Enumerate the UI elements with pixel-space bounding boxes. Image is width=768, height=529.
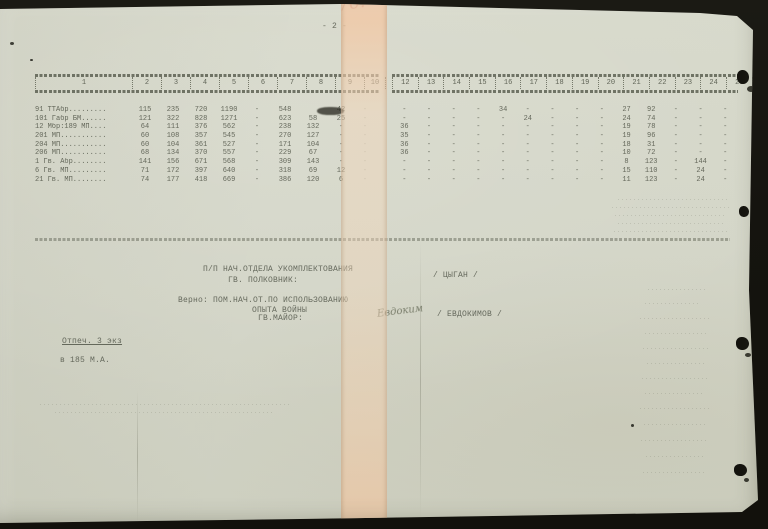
table-cell: - — [664, 115, 689, 124]
table-cell: 141 — [131, 158, 159, 167]
table-cell: - — [713, 106, 738, 115]
table-cell: 121 — [131, 115, 159, 124]
table-cell: - — [515, 141, 540, 150]
table-header-cell: 3 — [161, 77, 190, 89]
table-cell: 640 — [215, 167, 243, 176]
bleed-through-line — [646, 456, 704, 457]
table-cell: - — [590, 167, 615, 176]
table-cell: - — [466, 149, 491, 158]
table-cell: - — [392, 106, 417, 115]
table-cell: 309 — [271, 158, 299, 167]
tape-strip — [341, 0, 387, 523]
table-cell: 19 — [614, 132, 639, 141]
table-header-cell: 17 — [520, 77, 546, 89]
paper-speck — [744, 478, 749, 482]
table-cell: 35 — [392, 132, 417, 141]
table-cell: - — [565, 115, 590, 124]
table-cell: 568 — [215, 158, 243, 167]
table-cell: 36 — [392, 149, 417, 158]
table-cell: - — [688, 149, 713, 158]
table-cell: - — [491, 115, 516, 124]
table-cell: 229 — [271, 149, 299, 158]
table-header-cell: 24 — [700, 77, 726, 89]
table-cell: 397 — [187, 167, 215, 176]
table-cell: - — [664, 123, 689, 132]
signature-title-line2: ГВ. ПОЛКОВНИК: — [228, 276, 298, 285]
table-header-cell: 23 — [675, 77, 701, 89]
table-cell: - — [491, 158, 516, 167]
table-row: 36--------1072--- — [392, 149, 738, 158]
table-header-cell: 19 — [572, 77, 598, 89]
table-cell: - — [664, 132, 689, 141]
table-border-line — [392, 90, 738, 93]
table-cell: - — [590, 141, 615, 150]
table-cell: 127 — [299, 132, 327, 141]
table-cell: - — [565, 106, 590, 115]
table-cell: 357 — [187, 132, 215, 141]
table-cell: 58 — [299, 115, 327, 124]
table-cell: 108 — [159, 132, 187, 141]
table-header-cell: 2 — [132, 77, 161, 89]
table-cell: - — [417, 167, 442, 176]
row-label: 206 МП........... — [35, 149, 131, 158]
table-cell: - — [590, 123, 615, 132]
table-cell: 115 — [131, 106, 159, 115]
table-cell: - — [466, 176, 491, 185]
table-cell: - — [590, 115, 615, 124]
table-row: -----24---2474--- — [392, 115, 738, 124]
table-cell: - — [466, 141, 491, 150]
certified-line3: ГВ.МАЙОР: — [258, 314, 303, 323]
signature-name-2: / ЕВДОКИМОВ / — [437, 310, 502, 319]
bleed-through-line — [645, 393, 705, 394]
table-cell: 669 — [215, 176, 243, 185]
table-cell: 110 — [639, 167, 664, 176]
table-cell: 545 — [215, 132, 243, 141]
table-cell: 386 — [271, 176, 299, 185]
table-cell: - — [590, 106, 615, 115]
table-cell: - — [243, 158, 271, 167]
table-header-right: 1213141516171819202122232425 — [392, 77, 738, 89]
signature-title-line1: П/П НАЧ.ОТДЕЛА УКОМПЛЕКТОВАНИЯ — [203, 265, 353, 274]
table-cell: - — [688, 106, 713, 115]
table-cell: 1190 — [215, 106, 243, 115]
table-cell: - — [540, 167, 565, 176]
table-cell: - — [441, 176, 466, 185]
table-row: 6 Гв. МП.........71172397640-3186912- — [35, 167, 379, 176]
table-cell: 156 — [159, 158, 187, 167]
table-cell: - — [540, 106, 565, 115]
table-cell: - — [417, 176, 442, 185]
table-cell: 418 — [187, 176, 215, 185]
table-cell: 527 — [215, 141, 243, 150]
table-cell: 67 — [299, 149, 327, 158]
table-cell: - — [392, 176, 417, 185]
row-label: 204 МП........... — [35, 141, 131, 150]
table-cell: - — [515, 149, 540, 158]
table-cell: - — [417, 106, 442, 115]
table-cell: - — [392, 115, 417, 124]
table-cell: 322 — [159, 115, 187, 124]
table-cell: - — [565, 132, 590, 141]
row-label: 21 Гв. МП........ — [35, 176, 131, 185]
bleed-through-line — [641, 440, 707, 441]
table-cell: - — [713, 158, 738, 167]
table-cell: - — [590, 149, 615, 158]
table-cell: 171 — [271, 141, 299, 150]
row-label: 6 Гв. МП......... — [35, 167, 131, 176]
table-cell: 78 — [639, 123, 664, 132]
table-cell: 74 — [131, 176, 159, 185]
table-cell: - — [417, 132, 442, 141]
table-cell: 74 — [639, 115, 664, 124]
table-cell: - — [441, 158, 466, 167]
table-cell: - — [664, 141, 689, 150]
table-cell: - — [417, 158, 442, 167]
table-row: 36--------1978--- — [392, 123, 738, 132]
table-header-cell: 5 — [219, 77, 248, 89]
table-cell: 370 — [187, 149, 215, 158]
table-cell: - — [713, 176, 738, 185]
table-cell: - — [664, 167, 689, 176]
row-label: 12 Мбр:189 МП.... — [35, 123, 131, 132]
paper-speck — [747, 86, 755, 92]
table-row: 36--------1831--- — [392, 141, 738, 150]
table-cell: - — [713, 141, 738, 150]
bleed-through-line — [618, 223, 726, 224]
paper-speck — [30, 59, 33, 61]
print-note-line2: в 185 М.А. — [60, 356, 110, 365]
table-cell: 27 — [614, 106, 639, 115]
table-cell: - — [392, 158, 417, 167]
table-cell: - — [441, 106, 466, 115]
table-cell: - — [565, 123, 590, 132]
table-cell: - — [243, 176, 271, 185]
row-label: 101 Габр БМ...... — [35, 115, 131, 124]
table-cell: - — [243, 141, 271, 150]
table-cell: - — [441, 132, 466, 141]
table-row: 201 МП...........60108357545-270127-- — [35, 132, 379, 141]
table-cell: - — [491, 132, 516, 141]
table-cell: 60 — [131, 141, 159, 150]
table-header-cell: 13 — [418, 77, 444, 89]
table-cell: 828 — [187, 115, 215, 124]
table-cell: 123 — [639, 158, 664, 167]
table-cell: 72 — [639, 149, 664, 158]
table-row: 206 МП...........68134370557-22967-- — [35, 149, 379, 158]
table-header-cell: 12 — [392, 77, 418, 89]
certified-line1: Верно: ПОМ.НАЧ.ОТ.ПО ИСПОЛЬЗОВАНИЮ — [178, 296, 348, 305]
table-cell: 31 — [639, 141, 664, 150]
table-row: 21 Гв. МП........74177418669-3861206- — [35, 176, 379, 185]
table-cell: 562 — [215, 123, 243, 132]
table-cell: - — [688, 141, 713, 150]
table-cell: - — [590, 158, 615, 167]
bleed-through-line — [643, 472, 707, 473]
bleed-through-line — [648, 289, 708, 290]
table-cell: - — [540, 158, 565, 167]
table-cell: 111 — [159, 123, 187, 132]
bleed-through-line — [612, 207, 730, 208]
table-cell: 557 — [215, 149, 243, 158]
table-cell: - — [688, 115, 713, 124]
table-cell: - — [713, 115, 738, 124]
table-cell: 18 — [614, 141, 639, 150]
table-cell: 8 — [614, 158, 639, 167]
table-cell: 120 — [299, 176, 327, 185]
bleed-through-line — [644, 424, 706, 425]
table-cell: 144 — [688, 158, 713, 167]
table-cell: 104 — [159, 141, 187, 150]
table-cell: 68 — [131, 149, 159, 158]
punch-hole — [737, 70, 749, 84]
paper-speck — [10, 42, 14, 45]
table-row: 35--------1996--- — [392, 132, 738, 141]
table-cell: - — [540, 115, 565, 124]
table-cell: - — [243, 115, 271, 124]
table-header-cell: 6 — [248, 77, 277, 89]
table-cell: - — [713, 123, 738, 132]
bleed-through-line — [640, 318, 710, 319]
table-cell: 11 — [614, 176, 639, 185]
print-note-line1: Отпеч. 3 экз — [62, 337, 122, 346]
table-cell: - — [713, 132, 738, 141]
table-row: 101 Габр БМ......1213228281271-6235825- — [35, 115, 379, 124]
scan-backdrop: 76. - 2 - 12345678910 91 ТТАбр.........1… — [0, 0, 768, 529]
paper-speck — [745, 353, 751, 357]
table-cell: - — [664, 106, 689, 115]
table-cell: 19 — [614, 123, 639, 132]
table-header-cell: 20 — [598, 77, 624, 89]
table-cell: - — [713, 167, 738, 176]
table-border-line — [35, 90, 379, 93]
table-cell: - — [565, 167, 590, 176]
table-cell: - — [515, 106, 540, 115]
table-cell: - — [243, 167, 271, 176]
table-cell: 143 — [299, 158, 327, 167]
table-cell: 60 — [131, 132, 159, 141]
table-row: ---------15110-24- — [392, 167, 738, 176]
table-header-cell: 21 — [623, 77, 649, 89]
bleed-through-line — [647, 363, 705, 364]
table-cell: 361 — [187, 141, 215, 150]
table-cell: 123 — [639, 176, 664, 185]
table-header-cell: 22 — [649, 77, 675, 89]
table-header-cell: 14 — [443, 77, 469, 89]
signature-name-1: / ЦЫГАН / — [433, 271, 478, 280]
table-cell: - — [441, 115, 466, 124]
table-cell: - — [491, 176, 516, 185]
table-cell: - — [491, 167, 516, 176]
table-header-cell: 7 — [277, 77, 306, 89]
table-cell: 64 — [131, 123, 159, 132]
table-cell: - — [664, 149, 689, 158]
table-cell: 92 — [639, 106, 664, 115]
table-cell: - — [417, 115, 442, 124]
table-cell: 1271 — [215, 115, 243, 124]
bleed-through-line — [645, 333, 707, 334]
table-cell: 376 — [187, 123, 215, 132]
table-cell: - — [491, 141, 516, 150]
table-cell: - — [540, 123, 565, 132]
table-cell: - — [540, 141, 565, 150]
table-cell: 34 — [491, 106, 516, 115]
table-cell: - — [565, 141, 590, 150]
table-cell: - — [466, 167, 491, 176]
paper-speck — [631, 424, 634, 427]
table-cell: - — [565, 176, 590, 185]
table-cell: - — [466, 132, 491, 141]
table-cell: 132 — [299, 123, 327, 132]
document-page: 76. - 2 - 12345678910 91 ТТАбр.........1… — [0, 0, 768, 529]
table-cell: - — [590, 132, 615, 141]
bleed-through-line — [618, 199, 728, 200]
table-cell: - — [466, 123, 491, 132]
ink-blot — [317, 107, 344, 115]
table-cell: - — [713, 149, 738, 158]
table-cell: - — [688, 123, 713, 132]
table-cell: - — [243, 123, 271, 132]
table-cell: 238 — [271, 123, 299, 132]
table-cell: - — [243, 106, 271, 115]
row-label: 91 ТТАбр......... — [35, 106, 131, 115]
bleed-through-line — [645, 303, 700, 304]
table-row: ---------8123-144- — [392, 158, 738, 167]
punch-hole — [739, 206, 749, 217]
table-cell: - — [540, 176, 565, 185]
table-cell: - — [441, 149, 466, 158]
table-header-cell: 15 — [469, 77, 495, 89]
table-header-cell: 4 — [190, 77, 219, 89]
table-cell: 720 — [187, 106, 215, 115]
table-cell: - — [515, 132, 540, 141]
punch-hole — [736, 337, 749, 350]
bleed-through-line — [614, 231, 729, 232]
table-cell: - — [515, 123, 540, 132]
table-cell: - — [565, 158, 590, 167]
table-cell: - — [441, 123, 466, 132]
table-row: ---------11123-24- — [392, 176, 738, 185]
table-header-cell: 8 — [306, 77, 335, 89]
table-row: 12 Мбр:189 МП....64111376562-238132-- — [35, 123, 379, 132]
table-cell: - — [243, 132, 271, 141]
table-cell: - — [392, 167, 417, 176]
table-cell: - — [417, 149, 442, 158]
table-cell: 24 — [688, 176, 713, 185]
punch-hole — [734, 464, 747, 476]
table-header-left: 12345678910 — [35, 77, 379, 89]
bleed-through-line — [615, 215, 727, 216]
table-cell: 24 — [688, 167, 713, 176]
table-cell: - — [417, 123, 442, 132]
table-cell: - — [515, 167, 540, 176]
bleed-through-line — [55, 412, 275, 413]
table-header-cell: 1 — [35, 77, 132, 89]
table-cell: 36 — [392, 141, 417, 150]
table-body-left: 91 ТТАбр.........1152357201190-54842-101… — [35, 106, 379, 184]
table-cell: - — [515, 158, 540, 167]
bleed-through-line — [642, 378, 710, 379]
table-cell: 24 — [614, 115, 639, 124]
table-cell: - — [441, 141, 466, 150]
table-cell: 134 — [159, 149, 187, 158]
table-cell: 172 — [159, 167, 187, 176]
table-cell: - — [590, 176, 615, 185]
table-header-cell: 18 — [546, 77, 572, 89]
table-row: 1 Гв. Абр........141156671568-309143-- — [35, 158, 379, 167]
table-cell: 270 — [271, 132, 299, 141]
table-cell: - — [466, 115, 491, 124]
table-cell: 69 — [299, 167, 327, 176]
table-cell: 104 — [299, 141, 327, 150]
table-cell: - — [565, 149, 590, 158]
table-row: ----34----2792--- — [392, 106, 738, 115]
table-cell: 71 — [131, 167, 159, 176]
table-cell: 36 — [392, 123, 417, 132]
table-cell: 10 — [614, 149, 639, 158]
table-cell: 177 — [159, 176, 187, 185]
bleed-through-line — [640, 408, 710, 409]
table-cell: - — [515, 176, 540, 185]
table-cell: 548 — [271, 106, 299, 115]
table-cell: - — [441, 167, 466, 176]
table-cell: - — [688, 132, 713, 141]
table-cell: 15 — [614, 167, 639, 176]
table-cell: - — [540, 132, 565, 141]
table-cell: 24 — [515, 115, 540, 124]
table-cell: 671 — [187, 158, 215, 167]
table-cell: 235 — [159, 106, 187, 115]
paper-crease — [137, 390, 138, 524]
table-cell: - — [243, 149, 271, 158]
table-cell: - — [491, 123, 516, 132]
table-cell: - — [466, 158, 491, 167]
bleed-through-line — [40, 404, 290, 405]
row-label: 1 Гв. Абр........ — [35, 158, 131, 167]
table-cell: 96 — [639, 132, 664, 141]
table-body-right: ----34----2792--------24---2474---36----… — [392, 106, 738, 184]
table-cell: - — [664, 158, 689, 167]
table-cell: - — [417, 141, 442, 150]
table-header-cell: 16 — [495, 77, 521, 89]
table-cell: 623 — [271, 115, 299, 124]
paper-crease — [420, 240, 421, 520]
table-cell: 318 — [271, 167, 299, 176]
table-row: 204 МП...........60104361527-171104-- — [35, 141, 379, 150]
bleed-through-line — [643, 348, 709, 349]
table-cell: - — [664, 176, 689, 185]
row-label: 201 МП........... — [35, 132, 131, 141]
table-cell: - — [466, 106, 491, 115]
table-cell: - — [540, 149, 565, 158]
table-cell: - — [491, 149, 516, 158]
